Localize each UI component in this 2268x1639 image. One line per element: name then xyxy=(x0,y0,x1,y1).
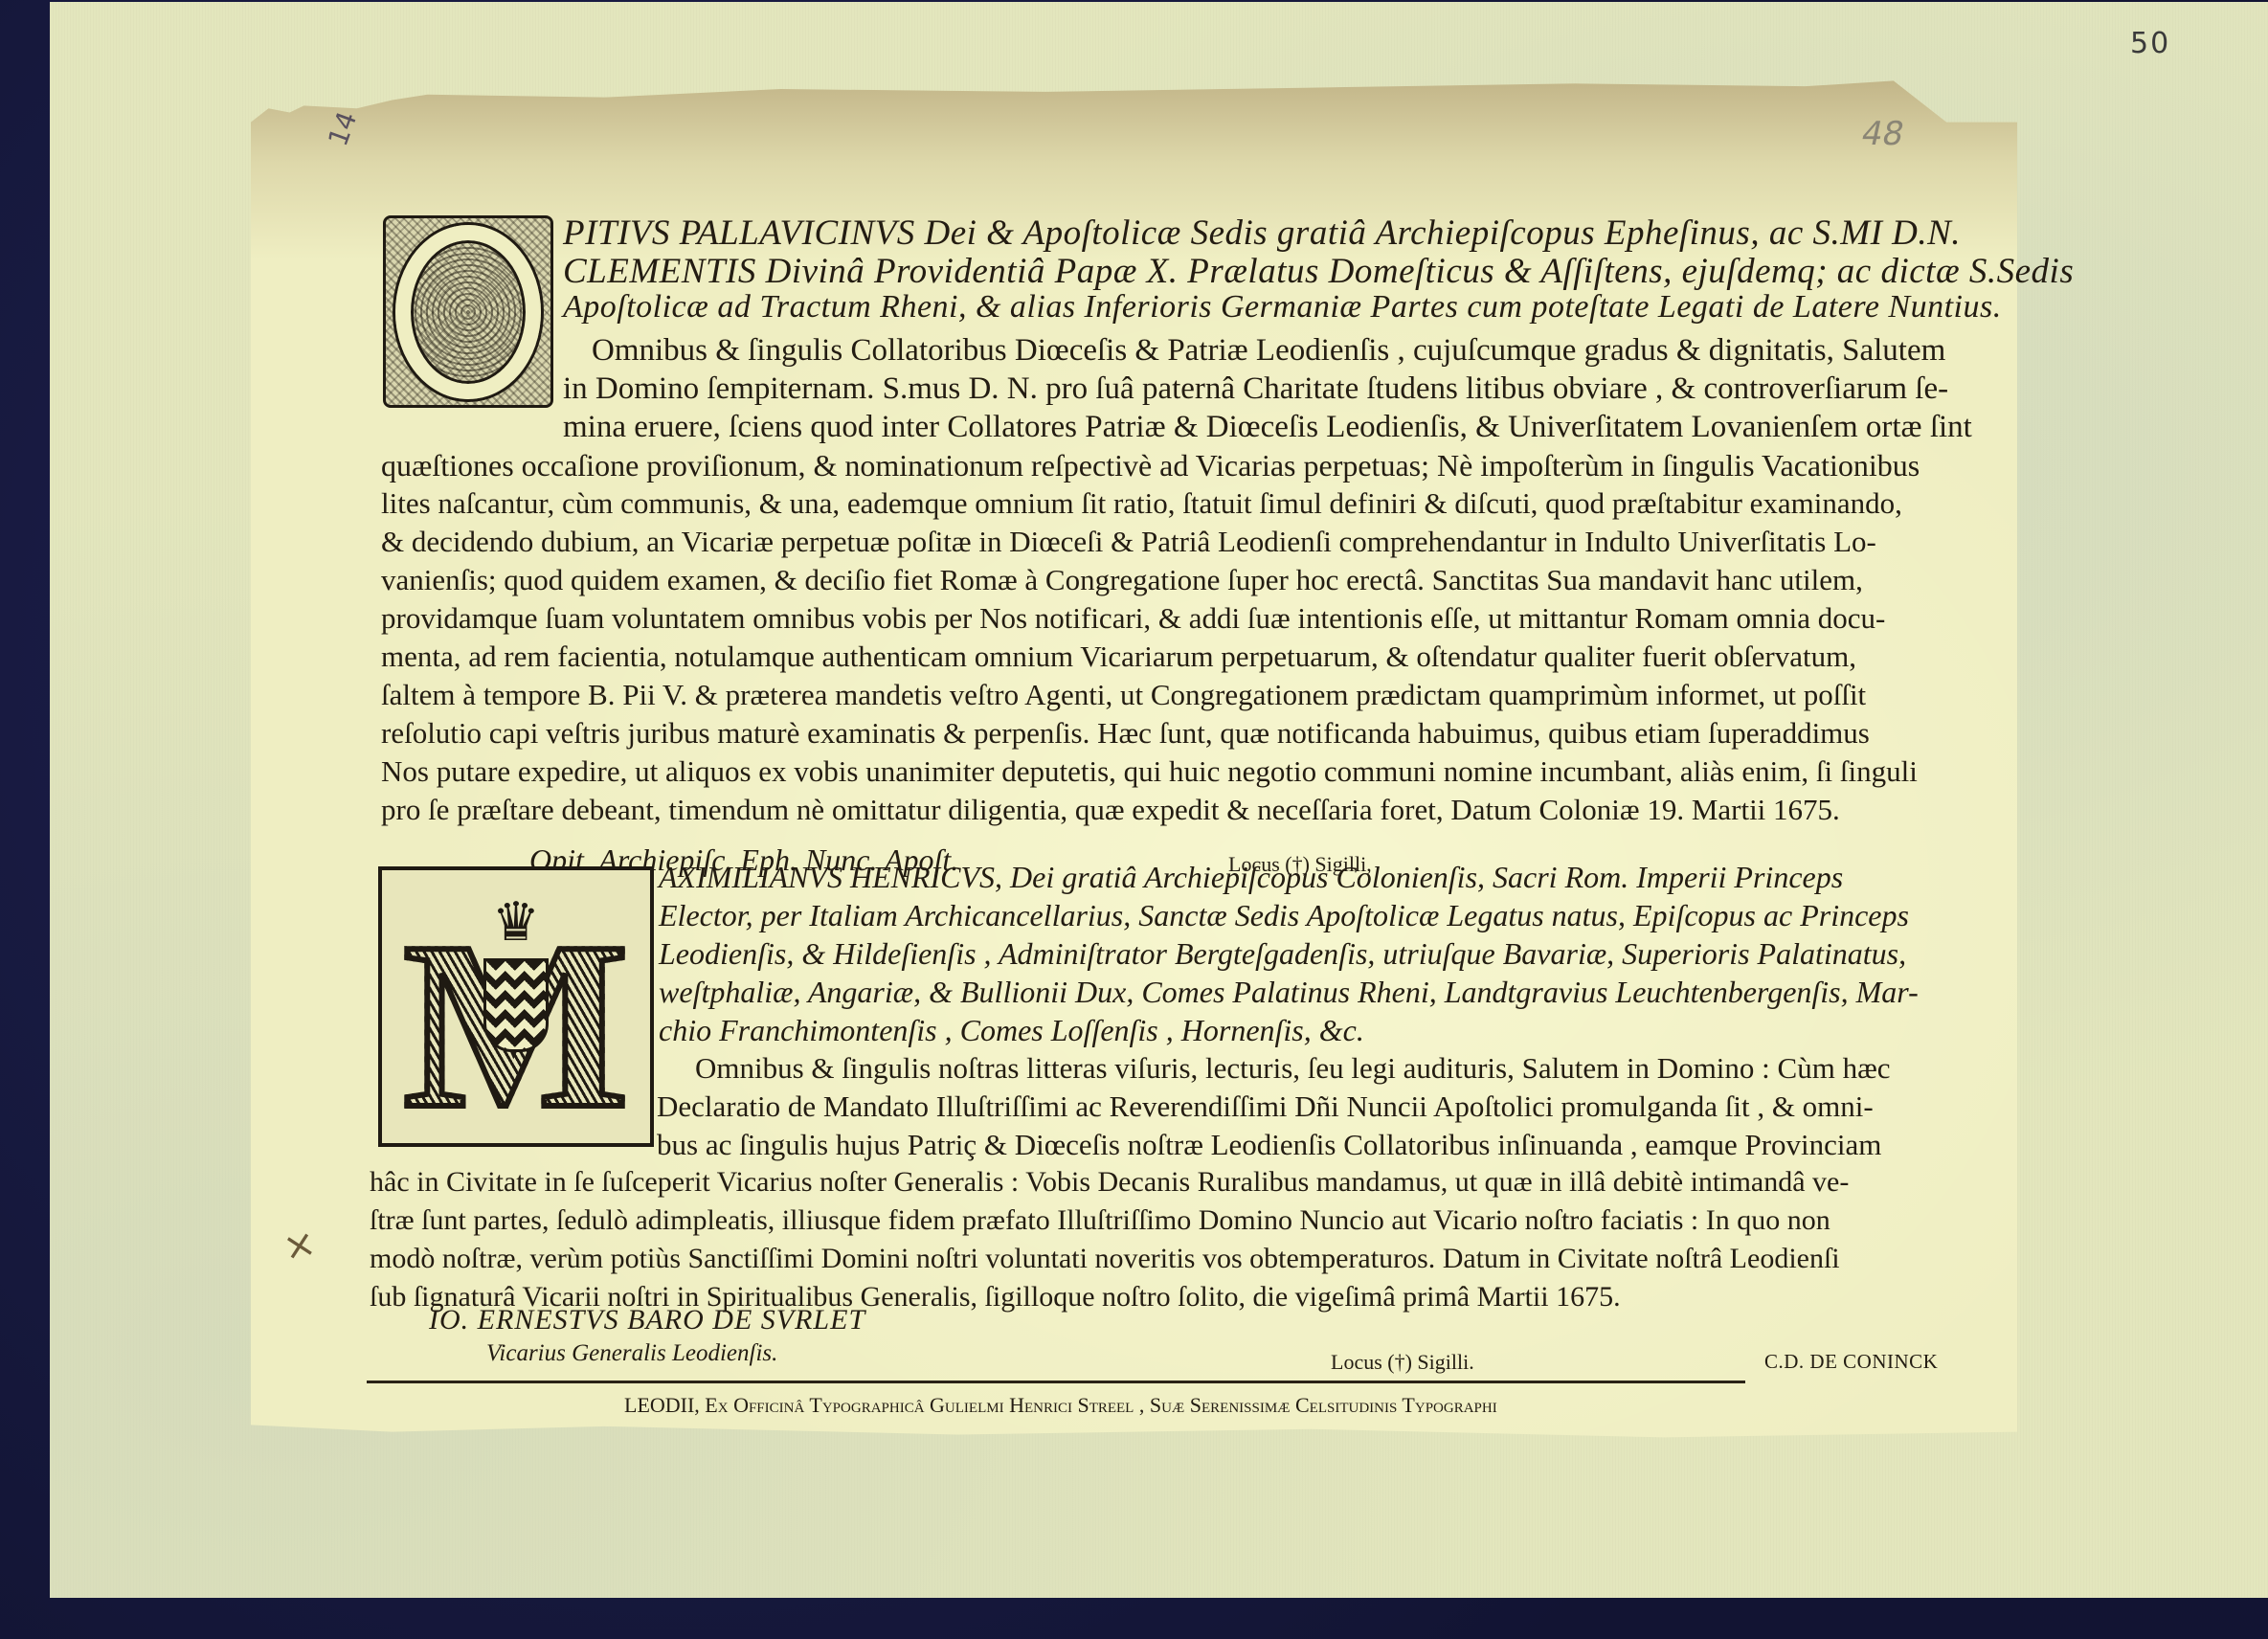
decree1-body-line: reſolutio capi veſtris juribus maturè ex… xyxy=(381,716,1870,751)
decree2-body-line: bus ac ſingulis hujus Patriç & Diœceſis … xyxy=(657,1128,1881,1162)
decree2-heading-line-4: weſtphaliæ, Angariæ, & Bullionii Dux, Co… xyxy=(659,975,1919,1010)
decree2-countersign: C.D. DE CONINCK xyxy=(1764,1350,1938,1374)
decree2-heading-line-5: chio Franchimontenſis , Comes Loſſenſis … xyxy=(659,1013,1364,1048)
decree2-body-line: Declaratio de Mandato Illuſtriſſimi ac R… xyxy=(657,1089,1874,1124)
printer-imprint: LEODII, Ex Officinâ Typographicâ Gulielm… xyxy=(624,1393,1497,1418)
decree1-heading-line-1: PITIVS PALLAVICINVS Dei & Apoſtolicæ Sed… xyxy=(563,213,1961,254)
decree2-heading-line-1: AXIMILIANVS HENRICVS, Dei gratiâ Archiep… xyxy=(659,860,1843,895)
decree2-body-line: ſtræ ſunt partes, ſedulò adimpleatis, il… xyxy=(370,1204,1830,1237)
decree2-body-line: Omnibus & ſingulis noſtras litteras viſu… xyxy=(695,1051,1891,1086)
initial-o-ring xyxy=(395,225,541,399)
decree2-body-line: hâc in Civitate in ſe ſuſceperit Vicariu… xyxy=(370,1166,1849,1199)
decree1-body-line: vanienſis; quod quidem examen, & deciſio… xyxy=(381,563,1863,597)
decree2-signature-name: IO. ERNESTVS BARO DE SVRLET xyxy=(429,1304,865,1336)
decree1-body-line: Nos putare expedire, ut aliquos ex vobis… xyxy=(381,754,1918,789)
decree1-body-line: & decidendo dubium, an Vicariæ perpetuæ … xyxy=(381,525,1876,559)
decree2-heading-line-2: Elector, per Italiam Archicancellarius, … xyxy=(659,898,1909,933)
decree1-body-line: lites naſcantur, cùm communis, & una, ea… xyxy=(381,486,1902,521)
decree1-body-line: Omnibus & ſingulis Collatoribus Diœceſis… xyxy=(592,333,1945,369)
decree2-seal-place: Locus (†) Sigilli. xyxy=(1331,1350,1474,1375)
decree1-body-line: providamque ſuam voluntatem omnibus vobi… xyxy=(381,601,1885,636)
pencil-folio-number: 48 xyxy=(1858,115,1908,153)
decree1-body-line: menta, ad rem facientia, notulamque auth… xyxy=(381,640,1856,674)
decree1-body-line: in Domino ſempiternam. S.mus D. N. pro ſ… xyxy=(563,371,1948,407)
crown-icon: ♛ xyxy=(492,891,540,954)
decree1-body-line: mina eruere, ſciens quod inter Collatore… xyxy=(563,410,1972,445)
decree2-signature-title: Vicarius Generalis Leodienſis. xyxy=(486,1340,777,1367)
decree1-heading-line-3: Apoſtolicæ ad Tractum Rheni, & alias Inf… xyxy=(563,289,2002,326)
decorated-initial-m-icon: ♛ M xyxy=(378,866,654,1147)
decree2-heading-line-3: Leodienſis, & Hildeſienſis , Adminiſtrat… xyxy=(659,936,1906,972)
decree2-body-line: modò noſtræ, verùm potiùs Sanctiſſimi Do… xyxy=(370,1243,1840,1275)
bavarian-shield-icon xyxy=(483,958,549,1052)
decorated-initial-o-icon xyxy=(383,215,553,408)
decree1-body-line: quæſtiones occaſione proviſionum, & nomi… xyxy=(381,448,1920,483)
decree1-body-line: pro ſe præſtare debeant, timendum nè omi… xyxy=(381,793,1840,827)
decree1-body-line: ſaltem à tempore B. Pii V. & præterea ma… xyxy=(381,678,1866,712)
decree1-heading-line-2: CLEMENTIS Divinâ Providentiâ Papæ X. Præ… xyxy=(563,251,2074,292)
archive-number: 50 xyxy=(2130,27,2170,60)
divider-rule xyxy=(367,1381,1745,1383)
